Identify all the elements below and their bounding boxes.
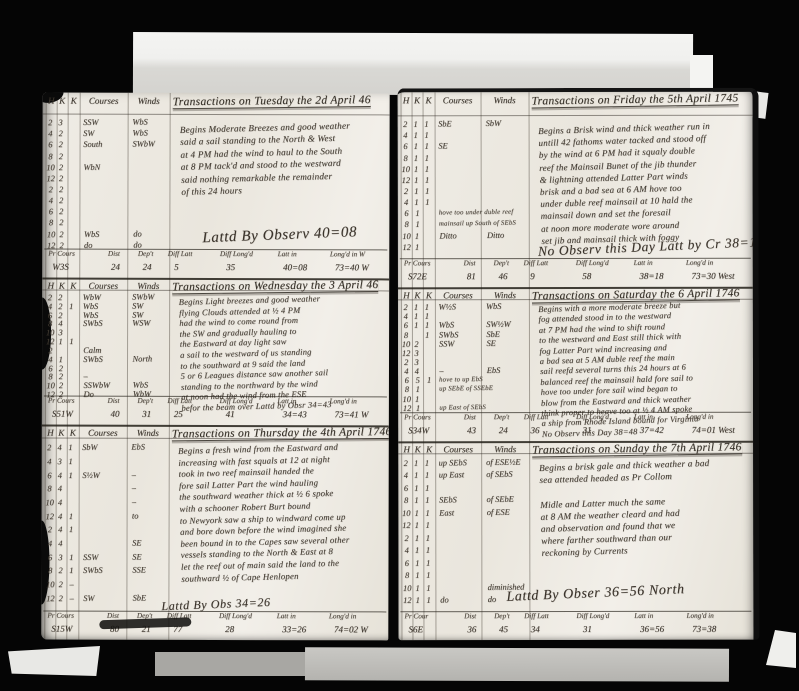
course-cell: SEbS xyxy=(433,495,483,505)
hours-cell: 2 xyxy=(45,118,55,127)
wind-cell: – xyxy=(128,470,172,479)
knots-cell: 1 xyxy=(412,521,422,530)
day-section: Transactions on Saturday the 6 April 174… xyxy=(398,287,753,444)
summary-label: Pr Cours xyxy=(400,413,460,425)
summary-value: 38=18 xyxy=(631,271,683,286)
summary-values: S51W4031254134=4373=41 W xyxy=(44,409,387,425)
hours-cell: 4 xyxy=(45,355,55,364)
summary-value: 31 xyxy=(134,409,166,424)
log-row: 84SWbSWSW xyxy=(45,319,172,329)
hours-cell: 2 xyxy=(400,303,410,312)
half-knots-cell: 1 xyxy=(422,496,433,505)
course-cell xyxy=(433,352,482,353)
summary-label: Pr Cours xyxy=(43,612,103,624)
summary-value: 73=40 W xyxy=(327,262,387,277)
knots-cell: 2 xyxy=(56,594,66,603)
log-row: 121 xyxy=(401,240,532,253)
course-cell xyxy=(434,246,483,247)
summary-label: Diff Latt xyxy=(520,612,572,624)
half-knots-cell: – xyxy=(66,580,77,589)
knots-cell: 1 xyxy=(411,483,421,492)
hours-cell: 10 xyxy=(401,509,411,518)
half-knots-cell: 1 xyxy=(65,512,76,521)
summary-values: S15W8021772833=2674=02 W xyxy=(43,624,386,640)
winds-header: Winds xyxy=(128,96,170,106)
wind-cell xyxy=(483,549,532,550)
summary-value: 36=56 xyxy=(632,624,684,639)
knots-cell: 1 xyxy=(411,187,421,196)
hours-cell: 6 xyxy=(45,141,55,150)
summary-label: Diff Latt xyxy=(519,259,571,271)
course-wind-note: up East of SEbS xyxy=(435,403,532,411)
wind-cell: to xyxy=(128,511,172,520)
summary-label: Latt in xyxy=(630,259,682,271)
day-summary: Pr CoursDistDep'tDiff LattDiff Long'dLat… xyxy=(400,412,751,442)
courses-header: Courses xyxy=(79,428,127,438)
day-section: Transactions on Thursday the 4th April 1… xyxy=(41,425,389,641)
knots-cell: 1 xyxy=(411,496,421,505)
half-knots-cell: 1 xyxy=(422,521,433,530)
half-knots-cell: 1 xyxy=(421,120,432,129)
half-knots-cell: 1 xyxy=(66,553,77,562)
hours-cell: 2 xyxy=(400,120,410,129)
logbook-scan: Transactions on Tuesday the 2d April 46H… xyxy=(0,0,799,691)
knots-cell: 4 xyxy=(55,319,65,328)
knots-cell: 4 xyxy=(54,443,64,452)
knots-cell: 2 xyxy=(56,230,66,239)
log-body: Begins a brisk gale and thick weather a … xyxy=(539,456,748,560)
summary-value: 35 xyxy=(218,262,275,277)
course-cell: SbE xyxy=(432,119,482,129)
summary-value: 40=08 xyxy=(275,262,327,277)
summary-value: 45 xyxy=(491,624,523,639)
knots-cell: 2 xyxy=(55,302,65,311)
course-cell: SWbS xyxy=(77,354,128,363)
half-knots-cell: 1 xyxy=(65,443,76,452)
wind-cell: – xyxy=(128,497,172,506)
course-cell xyxy=(434,562,483,563)
day-title: Transactions on Friday the 5th April 174… xyxy=(531,92,738,108)
summary-value: S34W xyxy=(400,425,459,440)
hours-cell: 8 xyxy=(401,496,411,505)
log-row: 1241to xyxy=(44,509,171,524)
summary-value: 24 xyxy=(491,425,523,440)
knots-cell: 1 xyxy=(411,142,421,151)
log-row: 122–SWSbE xyxy=(45,590,172,605)
hours-cell: 6 xyxy=(46,207,56,216)
wind-cell xyxy=(483,562,532,563)
hours-cell: 2 xyxy=(44,443,54,452)
hours-cell: 2 xyxy=(401,358,411,367)
half-knots-cell: 1 xyxy=(421,187,432,196)
knots-cell: 2 xyxy=(56,372,66,381)
knots-cell: 2 xyxy=(55,580,65,589)
day-summary: Pr CoursDistDep'tDiff LattDiff Long'dLat… xyxy=(44,249,387,279)
wind-cell: SbW xyxy=(481,118,530,128)
wind-cell xyxy=(482,156,531,157)
half-knots-cell: 1 xyxy=(422,546,433,555)
summary-value: 9 xyxy=(522,271,574,286)
hours-cell: 2 xyxy=(45,525,55,534)
hours-cell: 6 xyxy=(401,209,412,218)
hours-cell: 4 xyxy=(400,131,410,140)
summary-value: 33=26 xyxy=(274,624,326,639)
winds-header: Winds xyxy=(481,95,529,105)
half-knots-cell: 1 xyxy=(423,596,434,605)
summary-label: Pr Cour xyxy=(400,612,460,624)
log-row: 431 xyxy=(44,454,171,469)
hours-cell: 12 xyxy=(401,243,411,252)
summary-value: 73=30 West xyxy=(683,271,750,286)
summary-value: S72E xyxy=(400,271,459,286)
wind-cell: SE xyxy=(128,552,172,561)
hours-cell: 2 xyxy=(45,185,55,194)
course-cell xyxy=(434,575,483,576)
course-cell: SW xyxy=(77,129,128,138)
hours-cell: 10 xyxy=(400,165,410,174)
header-rule xyxy=(398,115,753,117)
half-knots-header: K xyxy=(68,96,80,106)
summary-value: 41 xyxy=(218,409,275,424)
summary-label: Long'd in xyxy=(682,413,751,425)
knots-cell: 3 xyxy=(55,553,65,562)
course-cell: W½S xyxy=(432,302,482,312)
summary-value: 73=41 W xyxy=(327,409,387,424)
hours-cell: 8 xyxy=(402,571,412,580)
wind-cell xyxy=(483,246,532,247)
half-knots-cell: 1 xyxy=(422,198,433,207)
knots-cell: 2 xyxy=(56,140,66,149)
wind-cell xyxy=(483,398,532,399)
hours-cell: 12 xyxy=(45,174,55,183)
hours-cell: 2 xyxy=(400,459,410,468)
summary-label: Dep't xyxy=(489,259,519,271)
knots-cell: 1 xyxy=(411,153,421,162)
courses-header: Courses xyxy=(80,96,128,106)
log-row: 241 xyxy=(45,522,172,537)
half-knots-cell: 1 xyxy=(421,321,432,330)
header-rule xyxy=(43,114,390,116)
log-row: 631SSWSE xyxy=(45,549,172,564)
hours-cell: 6 xyxy=(401,484,411,493)
summary-value: 28 xyxy=(217,624,274,639)
knots-cell: 4 xyxy=(411,367,421,376)
hours-cell: 8 xyxy=(44,484,54,493)
scan-artifact-bottom-mid-band xyxy=(155,652,315,676)
knots-cell: 4 xyxy=(55,498,65,507)
summary-label: Long'd in W xyxy=(326,250,387,262)
knots-cell: 4 xyxy=(55,484,65,493)
hours-cell: 8 xyxy=(401,330,411,339)
summary-labels: Pr CoursDistDep'tDiff LattDiff Long'dLat… xyxy=(44,250,387,263)
wind-cell xyxy=(482,190,531,191)
half-knots-cell: 1 xyxy=(421,303,432,312)
log-rows: 211SbESbW411611SE8111011121121141161hove… xyxy=(400,117,533,253)
log-body: Begins Moderate Breezes and good weather… xyxy=(180,119,390,199)
summary-label: Dep't xyxy=(133,397,163,409)
summary-labels: Pr CourDistDep'tDiff LattDiff Long'dLatt… xyxy=(400,612,751,625)
knots-cell: 2 xyxy=(411,339,421,348)
hours-cell: 8 xyxy=(401,385,412,394)
page-right: Transactions on Friday the 5th April 174… xyxy=(398,88,760,641)
wind-cell: WSW xyxy=(128,319,172,328)
wind-cell: WbS xyxy=(128,117,172,126)
day-summary: Pr CourDistDep'tDiff LattDiff Long'dLatt… xyxy=(400,611,751,641)
half-knots-header: K xyxy=(67,428,79,438)
log-rows: 211W½SWbS411611WbSSW½W81SWbSSbE102SSWSE1… xyxy=(400,301,532,413)
course-cell: SSW xyxy=(77,552,128,561)
wind-cell xyxy=(483,361,532,362)
half-knots-cell: 1 xyxy=(421,131,432,140)
summary-label: Latt in xyxy=(630,413,682,425)
log-rows: 211up SEbSof ESE½E411up Eastof SEbS61181… xyxy=(400,455,533,607)
log-row: 104– xyxy=(44,495,171,510)
summary-value: 46 xyxy=(490,271,522,286)
wind-cell xyxy=(482,168,531,169)
summary-value: 58 xyxy=(574,271,631,286)
day-section: Transactions on Tuesday the 2d April 46H… xyxy=(42,93,389,281)
knots-cell: 3 xyxy=(55,118,65,127)
summary-label: Dep't xyxy=(490,413,520,425)
summary-label: Diff Long'd xyxy=(216,397,274,409)
wind-cell: SbE xyxy=(482,329,531,339)
course-wind-note: mainsail up South of SEbS xyxy=(435,220,532,228)
hours-cell: 8 xyxy=(45,566,55,575)
summary-label: Dist xyxy=(460,259,490,271)
summary-label: Diff Long'd xyxy=(572,413,630,425)
summary-value: 5 xyxy=(166,262,218,277)
wind-cell: SSE xyxy=(128,565,172,574)
summary-value: 81 xyxy=(459,271,491,286)
half-knots-cell: 1 xyxy=(65,302,76,311)
summary-value: S6E xyxy=(400,624,459,639)
course-cell: up East xyxy=(433,470,483,480)
course-cell xyxy=(433,537,482,538)
hours-cell: 6 xyxy=(401,321,411,330)
half-knots-cell: 1 xyxy=(423,583,434,592)
summary-value: 36 xyxy=(522,425,574,440)
log-row: 211W½SWbS xyxy=(400,301,531,312)
knots-cell: 1 xyxy=(412,546,422,555)
knots-cell: 1 xyxy=(411,164,421,173)
summary-label: Latt in xyxy=(273,612,325,624)
summary-label: Diff Long'd xyxy=(572,612,630,624)
knots-cell: 1 xyxy=(412,220,423,229)
knots-cell: 4 xyxy=(55,512,65,521)
knots-cell: 1 xyxy=(410,120,420,129)
knots-cell: 3 xyxy=(55,328,65,337)
summary-value: S51W xyxy=(44,409,103,424)
half-knots-cell: 1 xyxy=(421,175,432,184)
knots-cell: 4 xyxy=(55,539,65,548)
knots-header: K xyxy=(57,96,68,106)
half-knots-cell: 1 xyxy=(421,330,432,339)
hours-header: H xyxy=(401,95,412,105)
winds-header: Winds xyxy=(127,428,169,438)
hours-cell: 6 xyxy=(401,376,412,385)
summary-label: Dist xyxy=(460,612,490,624)
hours-cell: 12 xyxy=(45,337,55,346)
hours-cell: 10 xyxy=(401,395,411,404)
hours-cell: 4 xyxy=(44,457,54,466)
half-knots-cell: 1 xyxy=(66,566,77,575)
knots-cell: 1 xyxy=(412,596,422,605)
half-knots-header: K xyxy=(423,95,435,105)
half-knots-cell: 1 xyxy=(423,376,435,385)
hours-cell: 8 xyxy=(45,152,55,161)
knots-header: K xyxy=(412,95,423,105)
knots-cell: 3 xyxy=(411,358,421,367)
course-cell: SWbS xyxy=(433,330,483,340)
day-section: Transactions on Friday the 5th April 174… xyxy=(398,92,753,290)
course-cell xyxy=(433,168,482,169)
hours-header: H xyxy=(45,428,56,438)
knots-cell: 1 xyxy=(410,131,420,140)
knots-cell: 1 xyxy=(411,176,421,185)
hours-cell: 4 xyxy=(401,546,411,555)
summary-label: Pr Cours xyxy=(44,397,104,409)
wind-cell: of ESE xyxy=(483,507,532,517)
summary-label: Long'd in xyxy=(682,259,751,271)
day-title: Transactions on Sunday the 7th April 174… xyxy=(532,441,742,457)
knots-cell: 1 xyxy=(411,303,421,312)
knots-cell: 2 xyxy=(56,185,66,194)
hours-cell: 10 xyxy=(401,340,411,349)
knots-cell: 2 xyxy=(56,174,66,183)
hours-cell: 4 xyxy=(45,129,55,138)
hours-cell: 4 xyxy=(400,312,410,321)
summary-value: 25 xyxy=(166,409,218,424)
log-row: 44SE xyxy=(45,536,172,551)
knots-cell: 1 xyxy=(412,243,422,252)
knots-cell: 4 xyxy=(55,525,65,534)
knots-cell: 1 xyxy=(412,385,423,394)
wind-cell xyxy=(482,487,531,488)
course-wind-note: up SEbE of SSEbE xyxy=(435,385,532,393)
page-left: Transactions on Tuesday the 2d April 46H… xyxy=(41,93,389,641)
summary-value: 40 xyxy=(102,409,134,424)
knots-cell: 2 xyxy=(56,196,66,205)
hours-cell: 12 xyxy=(402,596,412,605)
wind-cell xyxy=(483,537,532,538)
summary-value: 31 xyxy=(575,624,632,639)
summary-value: 34 xyxy=(523,624,575,639)
summary-label: Dist xyxy=(103,397,133,409)
course-cell: South xyxy=(77,140,128,149)
summary-values: W3S242453540=0873=40 W xyxy=(44,262,387,278)
wind-cell: – xyxy=(128,484,172,493)
half-knots-cell: 1 xyxy=(423,571,434,580)
summary-label: Dep't xyxy=(134,250,164,262)
course-cell: S½W xyxy=(76,470,127,479)
summary-value: 36 xyxy=(459,624,491,639)
summary-label: Diff Latt xyxy=(164,250,216,262)
wind-cell: of SEbE xyxy=(482,495,531,505)
scan-artifact-bottom-right-wedge xyxy=(766,630,796,668)
knots-cell: 1 xyxy=(412,571,422,580)
latitude-note: Lattd By Observ 40=08 xyxy=(202,224,357,247)
day-summary: Pr CoursDistDep'tDiff LattDiff Long'dLat… xyxy=(400,258,751,288)
hours-cell: 6 xyxy=(45,311,55,320)
hours-cell: 8 xyxy=(45,373,55,382)
hours-cell: 4 xyxy=(46,196,56,205)
log-row: 102SSWSE xyxy=(401,338,532,349)
hours-cell: 6 xyxy=(45,553,55,562)
summary-values: S6E3645343136=5673=38 xyxy=(400,624,751,640)
course-cell xyxy=(433,179,482,180)
hours-cell: 8 xyxy=(45,320,55,329)
summary-label: Latt in xyxy=(274,250,326,262)
course-cell xyxy=(434,587,483,588)
half-knots-cell: 1 xyxy=(421,458,432,467)
course-cell: SSW xyxy=(77,118,128,127)
course-cell xyxy=(434,398,483,399)
half-knots-cell: 1 xyxy=(422,508,433,517)
log-row: 41SWbSNorth xyxy=(45,354,172,364)
wind-cell xyxy=(482,134,531,135)
summary-values: S34W4324363137=4274=01 West xyxy=(400,425,751,441)
course-cell: up SEbS xyxy=(433,458,483,468)
hours-cell: 6 xyxy=(45,364,55,373)
knots-cell: 5 xyxy=(412,376,423,385)
knots-cell: 1 xyxy=(412,209,423,218)
knots-cell: 1 xyxy=(412,231,422,240)
summary-value: 31 xyxy=(575,425,632,440)
summary-label: Dep't xyxy=(490,612,520,624)
summary-value: 74=02 W xyxy=(326,624,386,639)
course-cell: East xyxy=(433,508,483,518)
summary-label: Long'd in xyxy=(682,612,751,624)
wind-cell: SE xyxy=(128,538,172,547)
summary-labels: Pr CoursDistDep'tDiff LattDiff Long'dLat… xyxy=(400,259,751,272)
knots-cell: 1 xyxy=(411,508,421,517)
summary-label: Pr Cours xyxy=(44,250,104,262)
summary-value: 43 xyxy=(459,425,491,440)
scan-artifact-top-band xyxy=(133,32,693,96)
knots-cell: 2 xyxy=(56,364,66,373)
knots-header: K xyxy=(56,428,67,438)
wind-cell: North xyxy=(128,354,172,363)
wind-cell xyxy=(483,352,532,353)
hours-cell: 10 xyxy=(45,163,55,172)
hours-cell: 12 xyxy=(401,349,411,358)
summary-value: 37=42 xyxy=(632,425,684,440)
wind-cell xyxy=(482,179,531,180)
hours-cell: 8 xyxy=(401,220,412,229)
knots-cell: 1 xyxy=(411,198,421,207)
log-rows: 241SbWEbS431641S½W–84–104–1241to24144SE6… xyxy=(44,440,172,605)
course-cell xyxy=(433,362,482,363)
hours-cell: 4 xyxy=(401,198,411,207)
wind-cell: SWbW xyxy=(129,140,173,149)
summary-value: W3S xyxy=(44,262,103,277)
knots-cell: 3 xyxy=(54,457,64,466)
course-cell: – xyxy=(433,366,483,376)
hours-cell: 12 xyxy=(401,521,411,530)
hours-cell: 10 xyxy=(45,381,55,390)
summary-label: Diff Long'd xyxy=(216,250,274,262)
log-row: 821SWbSSSE xyxy=(45,563,172,578)
half-knots-cell: 1 xyxy=(66,337,77,346)
knots-cell: 1 xyxy=(55,337,65,346)
summary-label: Long'd in xyxy=(325,612,386,624)
wind-cell: SE xyxy=(482,338,531,348)
summary-label: Dist xyxy=(104,250,134,262)
hours-cell: 6 xyxy=(402,559,412,568)
hours-cell: 4 xyxy=(401,367,411,376)
course-cell xyxy=(433,316,482,317)
summary-label: Diff Long'd xyxy=(215,612,273,624)
